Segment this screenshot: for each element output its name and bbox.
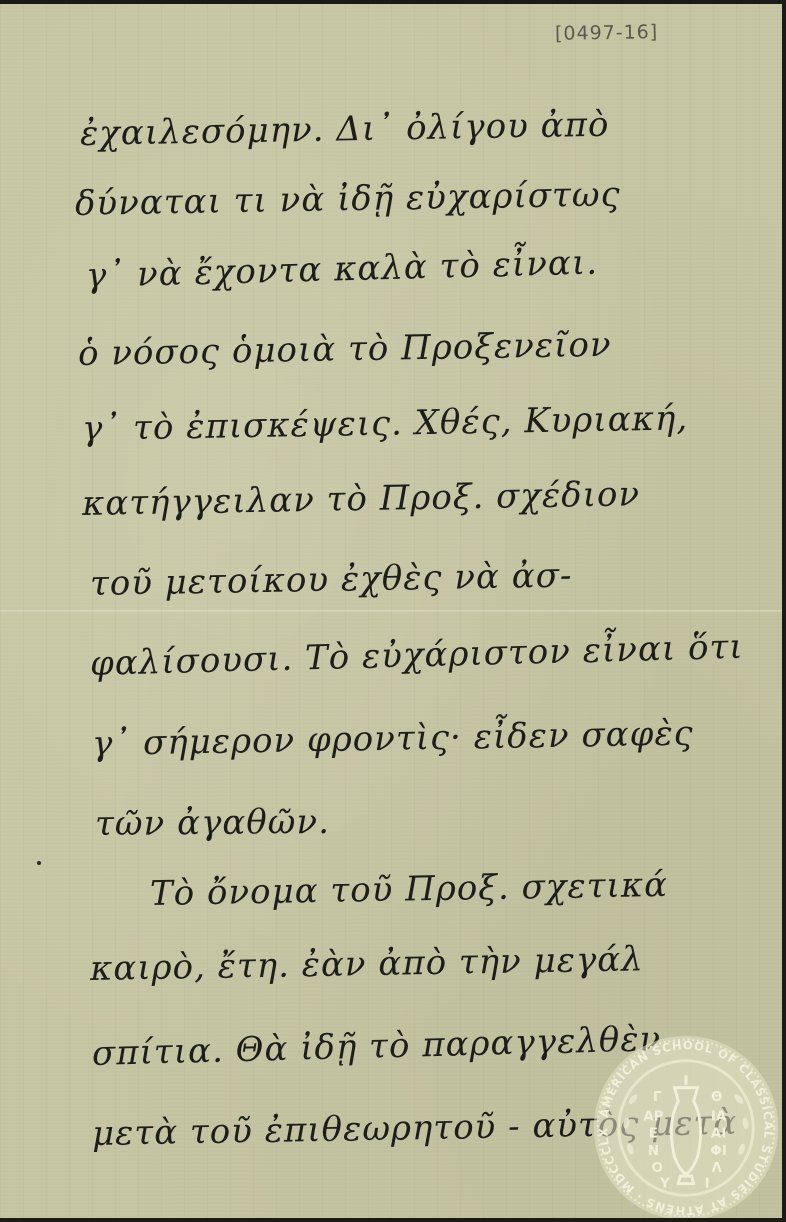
svg-text:ΑΙ: ΑΙ <box>711 1127 726 1142</box>
handwritten-line-9: γ᾽ σήμερον φροντὶς· εἶδεν σαφὲς <box>92 714 694 764</box>
handwritten-line-8: φαλίσουσι. Τὸ εὐχάριστον εἶναι ὅτι <box>89 627 744 684</box>
svg-text:Λ: Λ <box>712 1161 723 1176</box>
svg-text:ΦΙ: ΦΙ <box>710 1144 726 1159</box>
handwritten-line-6: κατήγγειλαν τὸ Προξ. σχέδιον <box>82 474 641 524</box>
svg-text:ΑΡ: ΑΡ <box>643 1109 663 1124</box>
handwritten-line-7: τοῦ μετοίκου ἐχθὲς νὰ ἀσ- <box>90 556 573 604</box>
handwritten-line-13: σπίτια. Θὰ ἰδῇ τὸ παραγγελθὲν <box>91 1019 661 1074</box>
handwritten-line-3: γ᾽ νὰ ἔχοντα καλὰ τὸ εἶναι. <box>85 243 598 296</box>
svg-text:Ε: Ε <box>649 1127 658 1142</box>
handwritten-line-1: ἐχαιλεσόμην. Δι᾽ ὀλίγου ἀπὸ <box>80 105 610 154</box>
ink-dot <box>37 861 41 865</box>
handwritten-line-4: ὁ νόσος ὁμοιὰ τὸ Προξενεῖον <box>78 325 612 374</box>
handwritten-line-2: δύναται τι νὰ ἰδῇ εὐχαρίστως <box>75 174 621 224</box>
handwritten-line-11: Τὸ ὄνομα τοῦ Προξ. σχετικά <box>150 865 669 914</box>
seal-emblem-icon: AMERICAN SCHOOL OF CLASSICAL STUDIES AT … <box>590 1032 782 1218</box>
svg-text:Ι: Ι <box>705 1177 710 1192</box>
svg-text:Γ: Γ <box>653 1090 662 1105</box>
svg-text:Ν: Ν <box>648 1144 659 1159</box>
handwritten-line-5: γ᾽ τὸ ἐπισκέψεις. Χθές, Κυριακή, <box>82 398 689 449</box>
svg-text:Ο: Ο <box>651 1161 662 1176</box>
letter-page: [0497-16] ἐχαιλεσόμην. Δι᾽ ὀλίγου ἀπὸ δύ… <box>0 4 782 1218</box>
svg-text:Υ: Υ <box>659 1177 670 1192</box>
handwritten-line-10: τῶν ἀγαθῶν. <box>95 802 330 844</box>
svg-text:ΙΑ: ΙΑ <box>711 1109 727 1124</box>
catalog-reference: [0497-16] <box>555 21 659 45</box>
paper-fold-line <box>0 610 782 612</box>
institution-seal-stamp: AMERICAN SCHOOL OF CLASSICAL STUDIES AT … <box>590 1032 782 1218</box>
handwritten-line-12: καιρὸ, ἔτη. ἐὰν ἀπὸ τὴν μεγάλ <box>90 939 644 989</box>
svg-text:Θ: Θ <box>711 1090 722 1105</box>
